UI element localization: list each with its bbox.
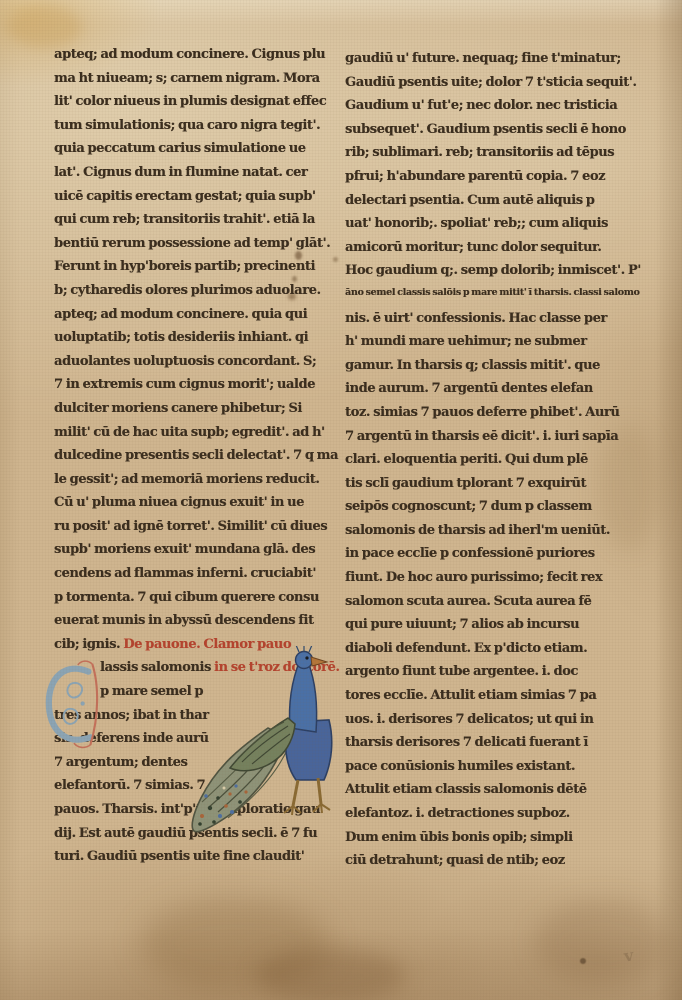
stain	[580, 958, 586, 964]
text-line: ru posit' ad ignē torret'. Similit' cū d…	[54, 519, 344, 543]
text-line: lit' color niueus in plumis designat eff…	[54, 94, 344, 118]
text-segment: uoluptatib; totis desideriis inhiant. qi	[54, 330, 308, 345]
text-segment: Attulit etiam classis salomonis dētē	[345, 782, 587, 797]
text-line: rib; sublimari. reb; transitoriis ad tēp…	[345, 145, 627, 169]
text-line: gaudiū u' future. nequaq; fine t'minatur…	[345, 51, 627, 75]
text-line: supb' moriens exuit' mundana glā. des	[54, 542, 344, 566]
text-segment: nis. ē uirt' confessionis. Hac classe pe…	[345, 311, 607, 326]
text-segment: lit' color niueus in plumis designat eff…	[54, 94, 326, 109]
text-segment: ru posit' ad ignē torret'. Similit' cū d…	[54, 519, 327, 534]
text-line: p tormenta. 7 qui cibum querere consu	[54, 590, 344, 614]
text-segment: amicorū moritur; tunc dolor sequitur.	[345, 240, 601, 255]
text-segment: uicē capitis erectam gestat; quia supb'	[54, 189, 315, 204]
text-segment: uat' honorib;. spoliat' reb;; cum aliqui…	[345, 216, 608, 231]
text-line: pfrui; h'abundare parentū copia. 7 eoz	[345, 169, 627, 193]
text-line: Ferunt in hyp'boreis partib; precinenti	[54, 259, 344, 283]
text-segment: uos. i. derisores 7 delicatos; ut qui in	[345, 712, 593, 727]
text-segment: gamur. In tharsis q; classis mitit'. que	[345, 358, 600, 373]
text-segment: Cū u' pluma niuea cignus exuit' in ue	[54, 495, 304, 510]
text-segment: 7 argentum; dentes	[54, 755, 187, 770]
stain	[535, 900, 670, 985]
text-segment: le gessit'; ad memoriā moriens reducit.	[54, 472, 319, 487]
text-segment: h' mundi mare uehimur; ne submer	[345, 334, 587, 349]
text-line: pace conūsionis humiles existant.	[345, 759, 627, 783]
text-segment: subsequet'. Gaudium psentis secli ē hono	[345, 122, 626, 137]
text-segment: dulciter moriens canere phibetur; Si	[54, 401, 302, 416]
text-line: euerat munis in abyssū descendens fit	[54, 613, 344, 637]
text-line: apteq; ad modum concinere. quia qui	[54, 307, 344, 331]
text-line: Cū u' pluma niuea cignus exuit' in ue	[54, 495, 344, 519]
text-line: lat'. Cignus dum in flumine natat. cer	[54, 165, 344, 189]
text-line: turi. Gaudiū psentis uite fine claudit'	[54, 849, 344, 873]
text-line: Hoc gaudium q;. semp dolorib; inmiscet'.…	[345, 263, 627, 287]
text-segment: Dum enim ūbis bonis opib; simpli	[345, 830, 573, 845]
text-segment: clari. eloquentia periti. Qui dum plē	[345, 452, 588, 467]
text-line: uoluptatib; totis desideriis inhiant. qi	[54, 330, 344, 354]
text-segment: fiunt. De hoc auro purissimo; fecit rex	[345, 570, 602, 585]
text-line: uat' honorib;. spoliat' reb;; cum aliqui…	[345, 216, 627, 240]
text-segment: Hoc gaudium q;. semp dolorib; inmiscet'.…	[345, 263, 641, 278]
text-line: delectari psentia. Cum autē aliquis p	[345, 193, 627, 217]
text-segment: tores ecclīe. Attulit etiam simias 7 pa	[345, 688, 596, 703]
text-line: tis sclī gaudium tplorant 7 exquirūt	[345, 476, 627, 500]
text-segment: pace conūsionis humiles existant.	[345, 759, 575, 774]
text-line: bentiū rerum possessione ad temp' glāt'.	[54, 236, 344, 260]
text-segment: toz. simias 7 pauos deferre phibet'. Aur…	[345, 405, 619, 420]
text-line: clari. eloquentia periti. Qui dum plē	[345, 452, 627, 476]
peacock-legs	[284, 778, 330, 815]
text-segment: Gaudium u' fut'e; nec dolor. nec tristic…	[345, 98, 617, 113]
text-line: 7 argentū in tharsis eē dicit'. i. iuri …	[345, 429, 627, 453]
quire-mark: v	[623, 945, 635, 965]
text-line: nis. ē uirt' confessionis. Hac classe pe…	[345, 311, 627, 335]
text-segment: apteq; ad modum concinere. Cignus plu	[54, 47, 325, 62]
text-segment: āno semel classis salōis p mare mitit' ī…	[345, 287, 640, 298]
text-line: cendens ad flammas inferni. cruciabit'	[54, 566, 344, 590]
text-line: ciū detrahunt; quasi de ntib; eoz	[345, 853, 627, 877]
text-segment: qui cum reb; transitoriis trahit'. etiā …	[54, 212, 315, 227]
text-segment: in pace ecclīe p confessionē puriores	[345, 546, 595, 561]
text-line: dulciter moriens canere phibetur; Si	[54, 401, 344, 425]
manuscript-page: apteq; ad modum concinere. Cignus pluma …	[0, 0, 682, 1000]
text-segment: turi. Gaudiū psentis uite fine claudit'	[54, 849, 304, 864]
text-segment: ma ht niueam; s; carnem nigram. Mora	[54, 71, 320, 86]
text-line: toz. simias 7 pauos deferre phibet'. Aur…	[345, 405, 627, 429]
stain	[255, 948, 405, 1000]
text-line: dulcedine presentis secli delectat'. 7 q…	[54, 448, 344, 472]
text-line: aduolantes uoluptuosis concordant. S;	[54, 354, 344, 378]
stain	[140, 898, 330, 990]
peacock-artwork	[188, 646, 346, 848]
text-segment: diaboli defendunt. Ex p'dicto etiam.	[345, 641, 587, 656]
text-line: āno semel classis salōis p mare mitit' ī…	[345, 287, 627, 311]
text-segment: tis sclī gaudium tplorant 7 exquirūt	[345, 476, 586, 491]
text-line: salomon scuta aurea. Scuta aurea fē	[345, 594, 627, 618]
text-line: salomonis de tharsis ad iherl'm ueniūt.	[345, 523, 627, 547]
text-line: qui cum reb; transitoriis trahit'. etiā …	[54, 212, 344, 236]
text-segment: Ferunt in hyp'boreis partib; precinenti	[54, 259, 315, 274]
text-segment: b; cytharedis olores plurimos aduolare.	[54, 283, 321, 298]
text-segment: milit' cū de hac uita supb; egredit'. ad…	[54, 425, 325, 440]
text-segment: 7 argentū in tharsis eē dicit'. i. iuri …	[345, 429, 618, 444]
text-segment: cendens ad flammas inferni. cruciabit'	[54, 566, 316, 581]
text-line: gamur. In tharsis q; classis mitit'. que	[345, 358, 627, 382]
text-segment: euerat munis in abyssū descendens fit	[54, 613, 314, 628]
text-segment: qui pure uiuunt; 7 alios ab incursu	[345, 617, 579, 632]
text-segment: salomonis de tharsis ad iherl'm ueniūt.	[345, 523, 610, 538]
text-line: Dum enim ūbis bonis opib; simpli	[345, 830, 627, 854]
text-line: in pace ecclīe p confessionē puriores	[345, 546, 627, 570]
text-line: apteq; ad modum concinere. Cignus plu	[54, 47, 344, 71]
text-line: milit' cū de hac uita supb; egredit'. ad…	[54, 425, 344, 449]
text-line: seipōs cognoscunt; 7 dum p classem	[345, 499, 627, 523]
text-line: uicē capitis erectam gestat; quia supb'	[54, 189, 344, 213]
text-line: subsequet'. Gaudium psentis secli ē hono	[345, 122, 627, 146]
peacock-illustration	[188, 646, 346, 848]
text-segment: ciū detrahunt; quasi de ntib; eoz	[345, 853, 565, 868]
peacock-body	[286, 660, 332, 780]
text-line: fiunt. De hoc auro purissimo; fecit rex	[345, 570, 627, 594]
text-segment: salomon scuta aurea. Scuta aurea fē	[345, 594, 591, 609]
text-line: argento fiunt tube argentee. i. doc	[345, 664, 627, 688]
text-line: elefantoz. i. detractiones supboz.	[345, 806, 627, 830]
decorated-initial-c	[44, 657, 100, 751]
text-line: inde aurum. 7 argentū dentes elefan	[345, 381, 627, 405]
text-line: le gessit'; ad memoriā moriens reducit.	[54, 472, 344, 496]
peacock-wing	[230, 718, 295, 771]
text-line: uos. i. derisores 7 delicatos; ut qui in	[345, 712, 627, 736]
text-line: Gaudiū psentis uite; dolor 7 t'sticia se…	[345, 75, 627, 99]
text-line: h' mundi mare uehimur; ne submer	[345, 334, 627, 358]
text-segment: rib; sublimari. reb; transitoriis ad tēp…	[345, 145, 614, 160]
text-line: tores ecclīe. Attulit etiam simias 7 pa	[345, 688, 627, 712]
text-line: tum simulationis; qua caro nigra tegit'.	[54, 118, 344, 142]
text-line: diaboli defendunt. Ex p'dicto etiam.	[345, 641, 627, 665]
stain	[8, 6, 82, 48]
text-line: Gaudium u' fut'e; nec dolor. nec tristic…	[345, 98, 627, 122]
text-segment: pfrui; h'abundare parentū copia. 7 eoz	[345, 169, 605, 184]
text-line: tharsis derisores 7 delicati fuerant ī	[345, 735, 627, 759]
text-segment: delectari psentia. Cum autē aliquis p	[345, 193, 594, 208]
text-segment: dulcedine presentis secli delectat'. 7 q…	[54, 448, 338, 463]
text-line: amicorū moritur; tunc dolor sequitur.	[345, 240, 627, 264]
text-line: ma ht niueam; s; carnem nigram. Mora	[54, 71, 344, 95]
text-line: 7 in extremis cum cignus morit'; ualde	[54, 377, 344, 401]
text-segment: lat'. Cignus dum in flumine natat. cer	[54, 165, 307, 180]
initial-c-artwork	[44, 657, 100, 751]
text-segment: elefantorū. 7 simias. 7	[54, 778, 205, 793]
text-line: Attulit etiam classis salomonis dētē	[345, 782, 627, 806]
text-segment: aduolantes uoluptuosis concordant. S;	[54, 354, 316, 369]
text-segment: quia peccatum carius simulatione ue	[54, 141, 306, 156]
text-segment: tum simulationis; qua caro nigra tegit'.	[54, 118, 320, 133]
text-line: b; cytharedis olores plurimos aduolare.	[54, 283, 344, 307]
text-segment: gaudiū u' future. nequaq; fine t'minatur…	[345, 51, 621, 66]
text-segment: elefantoz. i. detractiones supboz.	[345, 806, 570, 821]
text-segment: 7 in extremis cum cignus morit'; ualde	[54, 377, 315, 392]
text-segment: inde aurum. 7 argentū dentes elefan	[345, 381, 593, 396]
text-segment: cib; ignis.	[54, 637, 123, 652]
text-line: quia peccatum carius simulatione ue	[54, 141, 344, 165]
text-segment: Gaudiū psentis uite; dolor 7 t'sticia se…	[345, 75, 636, 90]
text-segment: bentiū rerum possessione ad temp' glāt'.	[54, 236, 330, 251]
peacock-head	[294, 646, 327, 669]
text-segment: argento fiunt tube argentee. i. doc	[345, 664, 578, 679]
text-segment: apteq; ad modum concinere. quia qui	[54, 307, 307, 322]
right-text-column: gaudiū u' future. nequaq; fine t'minatur…	[345, 51, 627, 877]
text-line: qui pure uiuunt; 7 alios ab incursu	[345, 617, 627, 641]
text-segment: seipōs cognoscunt; 7 dum p classem	[345, 499, 592, 514]
text-segment: supb' moriens exuit' mundana glā. des	[54, 542, 315, 557]
text-segment: p tormenta. 7 qui cibum querere consu	[54, 590, 319, 605]
text-segment: tharsis derisores 7 delicati fuerant ī	[345, 735, 588, 750]
